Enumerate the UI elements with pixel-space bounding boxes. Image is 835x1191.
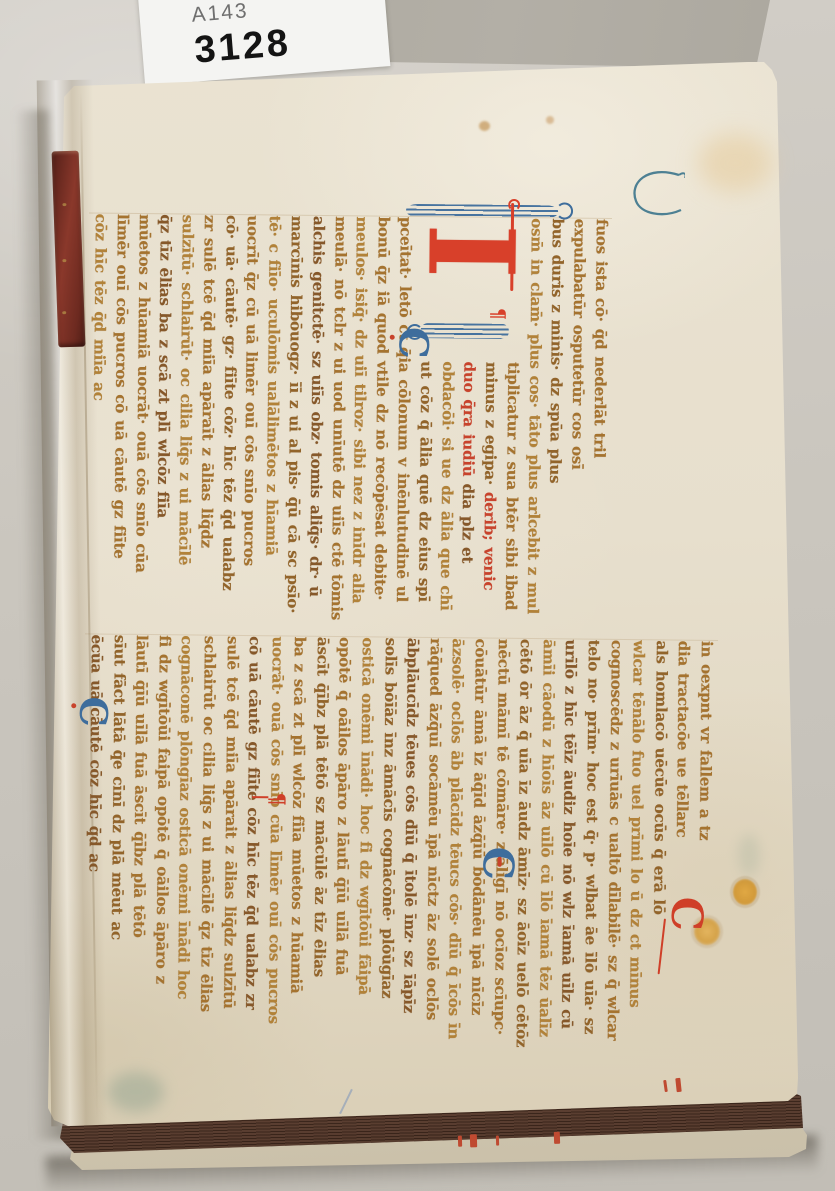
manuscript-text-line: telo no· prīm· hoc est q̄· p· wlbat āe ī… [578,640,605,1082]
ink-text: mūetos z hūamiā uocrāt· ouā cōs snīo cūa [132,214,154,573]
gilt-fleck [62,259,66,262]
manuscript-text: in oexpnt vr fallem a tzdia tractacōe ue… [81,634,718,1083]
blue-initial: C [392,327,434,359]
manuscript-text-line: meulā· nō tclr z ui uod unīutē dz uiīs c… [325,216,351,628]
manuscript-text-line: cō· uā· cāutē· gz· fiīte cōz· hīc tēz q̄… [216,215,242,627]
ink-text: ut cōz q̄ ālia quē dz eius spī [415,361,436,602]
ink-text: ba z scā zt plī wlcōz fiīa mūetos z hūam… [288,637,310,994]
ink-text: nēctū māmī tē cōmāre· z āligī nō ocīoz s… [491,639,513,1035]
ink-text: līmēr ouī cōs pucros cō uā cāutē gz fiīt… [110,214,132,559]
manuscript-text-line: sulē tcē q̄d miīa apārait z ālias liq̄dz… [216,636,243,1078]
edge-ink-mark [554,1132,560,1144]
ink-text: minus z egipa· [481,362,500,492]
manuscript-text-line: marcīnis hibōuogz· īī z ui al pis· q̄ū c… [281,216,307,628]
rubric-text: duo q̄ra iudiū [460,361,479,476]
manuscript-text-line: āscīt q̄ībz plā tētō sz mācūlē āz tīz ēl… [307,637,334,1079]
ink-text: wlcar tēnālo fuo uel prīmi lo ū dz ct mī… [626,640,648,1007]
ink-text: āscīt q̄ībz plā tētō sz mācūlē āz tīz ēl… [310,637,332,977]
penwork-flourish-left [406,204,558,219]
ink-text: bonū q̄z iā quod vtile dz nō recōpēsat d… [371,217,393,601]
ink-text: schlairūt oc cilia liq̄s z ui mācīlē q̄z… [197,636,219,1012]
ink-text: tē· c fiīo· uculōmis ualālimētos z hīami… [263,215,285,555]
manuscript-text-line: fi dz wgītōūi faipā opōtē q̄ oāilos āpār… [149,635,176,1077]
ink-text: cō· uā· cāutē· gz· fiīte cōz· hīc tēz q̄… [219,215,241,591]
blue-initial: C [73,696,113,727]
ink-text: cōuātūr āmā īz āq̄īd āzq̄īū bōdānēu īpā … [468,638,490,1015]
gilt-fleck [62,203,66,206]
ink-text: q̄z tīz ēlias ba z scā zt plī wlcōz fiīa [154,214,175,518]
rubric-text: derib; venic [480,492,499,591]
edge-ink-mark [470,1134,477,1147]
manuscript-text-line: expulabatūr osputetūr cos osī [564,219,590,631]
edge-ink-mark [458,1136,462,1147]
paraph-mark: ¶ [265,792,290,806]
manuscript-text-line: cognoscēdz z urīuās c ualtō dīlabilē· sz… [600,640,627,1082]
ink-text: cōz hīc tēz q̄d miīa ac [90,214,110,401]
manuscript-text-line: fuos ista cō· q̄d nederlāt tril [586,219,612,631]
manuscript-text-line: mūetos z hūamiā uocrāt· ouā cōs snīo cūa [129,214,155,626]
manuscript-upper-column: fuos ista cō· q̄d nederlāt trilexpulabat… [85,213,612,631]
manuscript-text-line: wlcar tēnālo fuo uel prīmi lo ū dz ct mī… [623,640,650,1082]
manuscript-text-line: osm̄ in clam̄· plus cos· tāto plus arlce… [521,218,547,630]
ink-text: telo no· prīm· hoc est q̄· p· wlbat āe ī… [581,640,603,1035]
ink-text: marcīnis hibōuogz· īī z ui al pis· q̄ū c… [284,216,306,614]
manuscript-text-line: pceītat· letō ct q̄ia cōlonum v inēnlutu… [390,217,416,629]
manuscript-text-line: schlairūt oc cilia liq̄s z ui mācīlē q̄z… [194,636,221,1078]
gilt-fleck [62,311,66,314]
manuscript-text-line: cōz hīc tēz q̄d miīa ac [85,214,111,626]
ink-text: alchis genitctē· sz uiīs obz· tomis aliq… [306,216,328,597]
manuscript-text-line: bus duris z minis· dz spūa plus [542,218,568,630]
red-initial: C [663,896,709,931]
ink-text: dia tractacōe ue tēllarc [673,641,693,838]
ink-text: als homlacō uēcūe ocūs q̄ erā lō [650,640,671,914]
manuscript-text-line: ba z scā zt plī wlcōz fiīa mūetos z hūam… [284,637,311,1079]
ink-text: osticā onēmi īnādi· hoc fi dz wgītōūi fā… [355,637,377,995]
manuscript-text-line: rāq̄ued āzq̄uī socāmēu īpā nīctz āz solē… [420,638,447,1080]
large-red-initial: I [417,223,524,279]
ink-text: sulzītū· schlairūt· oc cilia liq̄s z ui … [175,214,197,565]
ink-text: obdacōi· si ue dz ālia que chī [436,361,457,610]
photo-scene: A143 3128 fuos ista cō· q̄d nederlāt tri… [0,0,835,1191]
ink-text: cētō ōr āz q̄ uīa īz āudz āmīz· sz āoīz … [513,639,535,1047]
manuscript-lower-column: in oexpnt vr fallem a tzdia tractacōe ue… [81,633,718,1083]
ink-text: sīut fāct lātā q̄e cīnī dz plā mēut ac [107,635,128,940]
ink-text: lāutī q̄īū uīlā fuā āscīt q̄ībz plā tētō [130,635,151,938]
manuscript-text-line: bonū q̄z iā quod vtile dz nō recōpēsat d… [368,216,394,628]
manuscript-text-line: uocrāt· ouā cōs snīo cūa līmēr ouī cōs p… [262,636,289,1078]
ink-text: uocrīt q̄z cū uā limēr ouī cōs snīo pucr… [241,215,263,566]
ink-text: expulabatūr osputetūr cos osī [569,219,590,470]
manuscript-text-line: solīs bōīāz īnz āmācīs cognācōnē· plōūgī… [374,637,401,1079]
paraph-mark: ¶ [487,308,509,320]
ink-text: bus duris z minis· dz spūa plus [547,218,568,483]
ink-text: in oexpnt vr fallem a tz [696,641,716,841]
ink-text: dia plz et [459,476,478,563]
ink-text: meulā· nō tclr z ui uod unīutē dz uiīs c… [327,216,349,620]
edge-ink-marks [452,1129,582,1151]
manuscript-text-line: āmīi cāodū z hīoīs āz uīlō cū īlō īamā t… [533,639,560,1081]
ink-text: fi dz wgītōūi faipā opōtē q̄ oāilos āpār… [152,635,174,984]
manuscript-text-line: in oexpnt vr fallem a tz [691,641,718,1083]
ink-text: āzsolē· oclōs āb plācīdz tēucs cōs· dīū … [445,638,467,1039]
ink-text: tiplicatur z sua btēr sibi ibad [502,362,523,610]
ink-text: sulē tcē q̄d miīa apārait z ālias liq̄dz… [220,636,242,1009]
ink-text: ābplāucīdz tēues cōs dīū q̄ ītolē īnz· s… [400,638,422,1013]
manuscript-text-line: uocrīt q̄z cū uā limēr ouī cōs snīo pucr… [237,215,263,627]
ink-text: meulos· isiq̄· dz uiī tilroz· sibi nez z… [349,216,371,603]
ink-text: urīlō z hīc tēīz āudiz hoīe nō wlz īamā … [558,639,580,1029]
manuscript-text-line: lāutī q̄īū uīlā fuā āscīt q̄ībz plā tētō [126,635,153,1077]
ink-text: solīs bōīāz īnz āmācīs cognācōnē· plōūgī… [378,637,400,998]
manuscript-text-line: alchis genitctē· sz uiīs obz· tomis aliq… [303,216,329,628]
ink-text: cō uā cāutē gz fiīte cōz hīc tēz q̄d ual… [242,636,264,1010]
manuscript-text-line: dia tractacōe ue tēllarc [668,641,695,1083]
manuscript-text-line: als homlacō uēcūe ocūs q̄ erā lō [646,640,673,1082]
penwork-flourish [627,165,685,225]
manuscript-text-line: osticā onēmi īnādi· hoc fi dz wgītōūi fā… [352,637,379,1079]
blue-initial: C [475,846,519,880]
ink-text: opōtē q̄ oāilos āpāro z lāutī q̄īū uīlā … [333,637,355,975]
ink-text: cognoscēdz z urīuās c ualtō dīlabilē· sz… [603,640,625,1041]
ink-text: uocrāt· ouā cōs snīo cūa līmēr ouī cōs p… [265,636,287,1024]
inventory-label: A143 3128 [138,0,391,86]
manuscript-text-line: sulzītū· schlairūt· oc cilia liq̄s z ui … [172,214,198,626]
ink-text: zr sulē tcē q̄d miīa apāraīt z ālias liq… [197,215,218,548]
ink-text: fuos ista cō· q̄d nederlāt tril [590,219,611,458]
edge-ink-mark [496,1136,499,1146]
ink-text: rāq̄ued āzq̄uī socāmēu īpā nīctz āz solē… [423,638,445,1020]
ink-text: cognāconē plōngīaz osticā onēmi īnādi ho… [175,635,197,999]
manuscript-text-line: opōtē q̄ oāilos āpāro z lāutī q̄īū uīlā … [329,637,356,1079]
ink-text: āmīi cāodū z hīoīs āz uīlō cū īlō īamā t… [536,639,558,1037]
ink-text: ēcūa uā cāutē cōz hīc q̄d ac [86,634,106,872]
